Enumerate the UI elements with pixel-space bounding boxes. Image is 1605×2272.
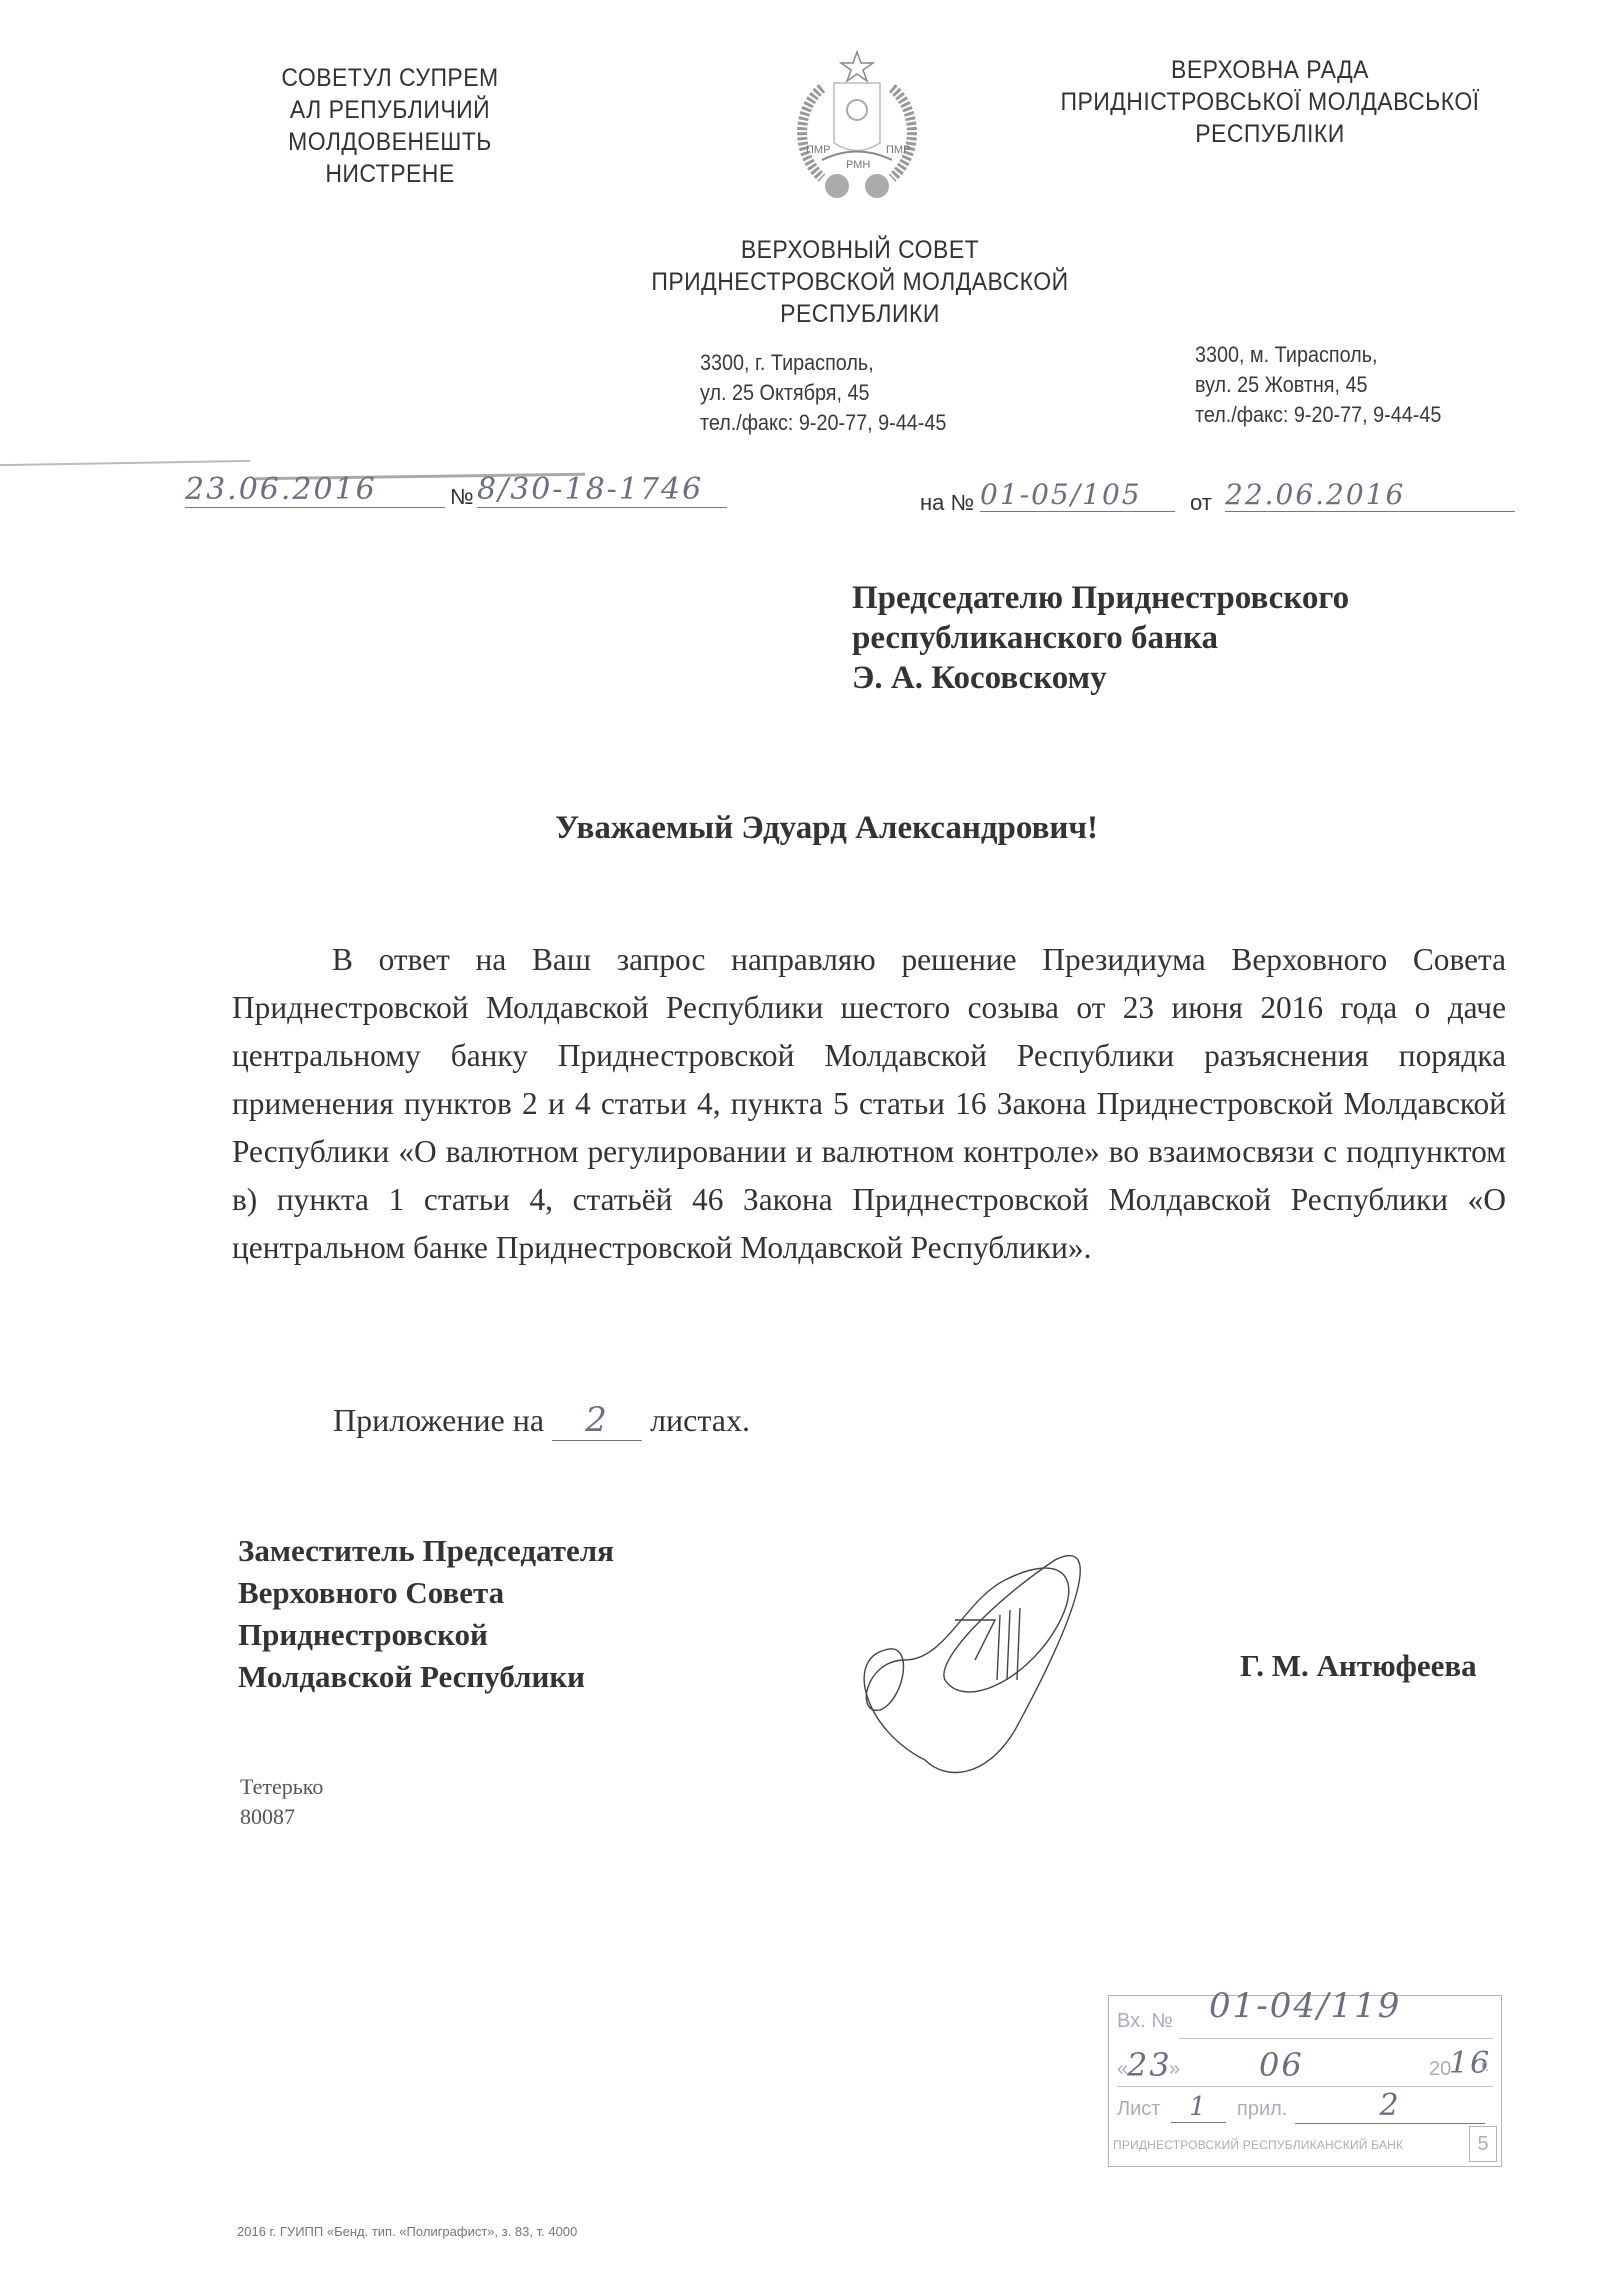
letterhead-center-line-1: ВЕРХОВНЫЙ СОВЕТ [635,234,1086,266]
stamp-year-prefix: 20 [1429,2058,1451,2081]
outgoing-number: 8/30-18-1746 [477,472,727,508]
letterhead-center-org: ВЕРХОВНЫЙ СОВЕТ ПРИДНЕСТРОВСКОЙ МОЛДАВСК… [635,234,1086,330]
incoming-stamp: Вх. № 01-04/119 « 23 » 06 20 16 г. Лист … [1108,1995,1502,2167]
outgoing-registration: 23.06.2016 № 8/30-18-1746 [185,472,730,516]
signatory-title-line-4: Молдавской Республики [238,1656,614,1698]
address-uk-line-3: тел./факс: 9-20-77, 9-44-45 [1195,400,1441,430]
executor-phone: 80087 [240,1802,323,1832]
stamp-attachments-label: прил. [1237,2098,1287,2121]
letterhead-right-line-3: РЕСПУБЛІКИ [1049,118,1491,150]
reply-to-date: 22.06.2016 [1225,478,1515,512]
signatory-title: Заместитель Председателя Верховного Сове… [238,1530,614,1698]
svg-text:ПМР: ПМР [886,144,910,156]
salutation: Уважаемый Эдуард Александрович! [555,810,1098,847]
letterhead-center-line-3: РЕСПУБЛИКИ [635,298,1086,330]
stamp-box-number: 5 [1469,2126,1497,2162]
signatory-title-line-1: Заместитель Председателя [238,1530,614,1572]
reply-reference: на № 01-05/105 от 22.06.2016 [920,478,1520,522]
addressee-line-1: Председателю Приднестровского [852,578,1349,618]
stamp-day: 23 [1127,2046,1172,2084]
stamp-attachments: 2 [1295,2088,1485,2124]
outgoing-date: 23.06.2016 [185,472,445,508]
stamp-month: 06 [1259,2046,1304,2084]
address-ru-line-3: тел./факс: 9-20-77, 9-44-45 [700,408,946,438]
address-ru-line-2: ул. 25 Октября, 45 [700,378,946,408]
svg-text:РМН: РМН [846,159,870,171]
signatory-title-line-2: Верховного Совета [238,1572,614,1614]
stamp-year-end: г. [1481,2058,1489,2076]
stamp-number: 01-04/119 [1209,1986,1401,2026]
svg-text:ПМР: ПМР [806,144,830,156]
reply-to-label: на № [920,490,974,516]
state-emblem-icon: ПМР ПМР РМН [782,48,932,208]
stamp-org: ПРИДНЕСТРОВСКИЙ РЕСПУБЛИКАНСКИЙ БАНК [1113,2138,1403,2152]
reply-to-number: 01-05/105 [980,478,1175,512]
stamp-quote-close: » [1169,2058,1180,2081]
address-uk-line-2: вул. 25 Жовтня, 45 [1195,370,1441,400]
scan-line [0,460,250,466]
letterhead-center-line-2: ПРИДНЕСТРОВСКОЙ МОЛДАВСКОЙ [635,266,1086,298]
executor-name: Тетерько [240,1772,323,1802]
letterhead-left-line-1: СОВЕТУЛ СУПРЕМ [206,62,574,94]
addressee-block: Председателю Приднестровского республика… [852,578,1349,698]
letterhead-right-line-2: ПРИДНІСТРОВСЬКОЇ МОЛДАВСЬКОЇ [1049,86,1491,118]
printer-imprint: 2016 г. ГУИПП «Бенд. тип. «Полиграфист»,… [237,2224,577,2239]
attachment-suffix: листах. [650,1402,750,1438]
attachment-count: 2 [552,1400,642,1441]
address-ukrainian: 3300, м. Тирасполь, вул. 25 Жовтня, 45 т… [1195,340,1441,430]
attachment-line: Приложение на 2 листах. [333,1400,750,1441]
letterhead-left-org: СОВЕТУЛ СУПРЕМ АЛ РЕПУБЛИЧИЙ МОЛДОВЕНЕШТ… [206,62,574,190]
address-russian: 3300, г. Тирасполь, ул. 25 Октября, 45 т… [700,348,946,438]
addressee-line-2: республиканского банка [852,618,1349,658]
number-label: № [450,484,474,510]
letterhead-left-line-2: АЛ РЕПУБЛИЧИЙ МОЛДОВЕНЕШТЬ [206,94,574,158]
letterhead-left-line-3: НИСТРЕНЕ [206,158,574,190]
stamp-sheets-label: Лист [1117,2098,1160,2121]
handwritten-signature-icon [825,1540,1145,1780]
letterhead-right-line-1: ВЕРХОВНА РАДА [1049,54,1491,86]
addressee-line-3: Э. А. Косовскому [852,658,1349,698]
signatory-name: Г. М. Антюфеева [1240,1645,1477,1687]
letterhead-right-org: ВЕРХОВНА РАДА ПРИДНІСТРОВСЬКОЇ МОЛДАВСЬК… [1049,54,1491,150]
stamp-number-label: Вх. № [1117,2010,1173,2033]
from-label: от [1190,490,1212,516]
attachment-prefix: Приложение на [333,1402,544,1438]
address-ru-line-1: 3300, г. Тирасполь, [700,348,946,378]
address-uk-line-1: 3300, м. Тирасполь, [1195,340,1441,370]
signatory-title-line-3: Приднестровской [238,1614,614,1656]
body-paragraph: В ответ на Ваш запрос направляю решение … [232,935,1506,1271]
executor-block: Тетерько 80087 [240,1772,323,1832]
stamp-sheets: 1 [1171,2092,1226,2123]
